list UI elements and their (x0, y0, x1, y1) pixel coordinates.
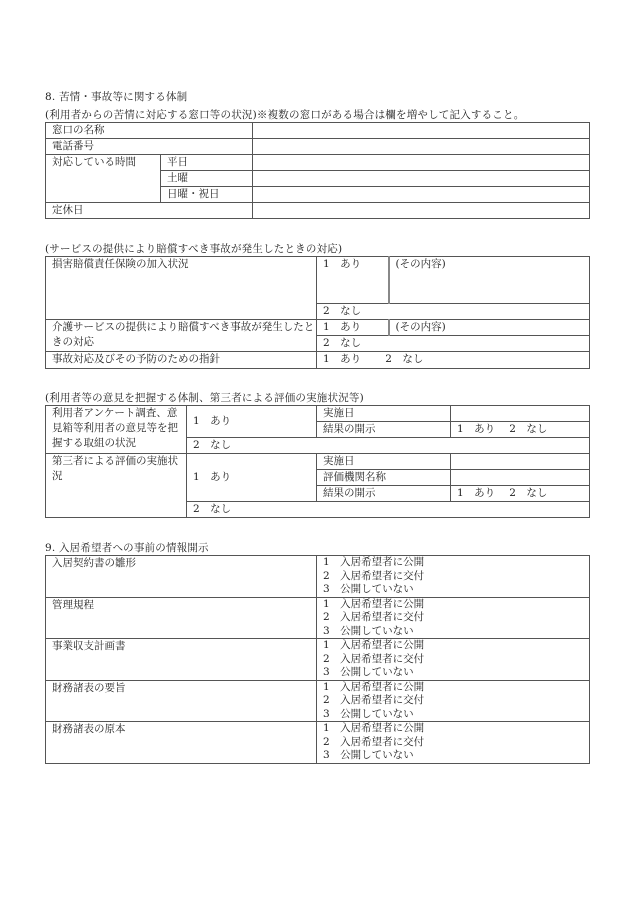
window-name-label: 窓口の名称 (46, 123, 253, 139)
policy-options[interactable]: 1 あり2 なし (317, 352, 590, 369)
option-delivered[interactable]: 2 入居希望者に交付 (323, 611, 589, 625)
care-accident-label: 介護サービスの提供により賠償すべき事故が発生したときの対応 (46, 320, 317, 352)
disclosure-row-options[interactable]: 1 入居希望者に公開 2 入居希望者に交付 3 公開していない (317, 680, 590, 722)
weekday-field[interactable] (253, 155, 590, 171)
disclosure-table: 入居契約書の雛形 1 入居希望者に公開 2 入居希望者に交付 3 公開していない… (45, 555, 590, 764)
insurance-label: 損害賠償責任保険の加入状況 (46, 257, 317, 320)
feedback-table: 利用者アンケート調査、意見箱等利用者の意見等を把握する取組の状況 1 あり 実施… (45, 405, 590, 518)
accidents-table: 損害賠償責任保険の加入状況 1 あり (その内容) 2 なし 介護サービスの提供… (45, 256, 590, 369)
saturday-field[interactable] (253, 171, 590, 187)
insurance-details-field[interactable]: (その内容) (389, 257, 590, 304)
third-party-label: 第三者による評価の実施状況 (46, 454, 187, 518)
option-public[interactable]: 1 入居希望者に公開 (323, 722, 589, 736)
option-not-public[interactable]: 3 公開していない (323, 583, 589, 597)
phone-field[interactable] (253, 139, 590, 155)
third-party-no-option[interactable]: 2 なし (187, 502, 590, 518)
third-party-date-label: 実施日 (317, 454, 451, 470)
disclosure-row-label: 管理規程 (46, 597, 317, 639)
disclosure-row-label: 財務諸表の要旨 (46, 680, 317, 722)
hours-label: 対応している時間 (46, 155, 161, 203)
weekday-label: 平日 (161, 155, 253, 171)
care-accident-yes-option[interactable]: 1 あり (317, 320, 389, 336)
accidents-caption: (サービスの提供により賠償すべき事故が発生したときの対応) (45, 241, 342, 256)
policy-yes-option[interactable]: 1 あり (323, 353, 361, 365)
phone-label: 電話番号 (46, 139, 253, 155)
third-party-disclosure-label: 結果の開示 (317, 486, 451, 502)
complaints-table: 窓口の名称 電話番号 対応している時間 平日 土曜 日曜・祝日 定休日 (45, 122, 590, 219)
option-not-public[interactable]: 3 公開していない (323, 749, 589, 763)
survey-yes-option[interactable]: 1 あり (187, 406, 317, 438)
option-delivered[interactable]: 2 入居希望者に交付 (323, 653, 589, 667)
third-party-yes-option[interactable]: 1 あり (187, 454, 317, 502)
saturday-label: 土曜 (161, 171, 253, 187)
disclosure-row-options[interactable]: 1 入居希望者に公開 2 入居希望者に交付 3 公開していない (317, 556, 590, 598)
window-name-field[interactable] (253, 123, 590, 139)
option-public[interactable]: 1 入居希望者に公開 (323, 598, 589, 612)
sunday-holiday-label: 日曜・祝日 (161, 187, 253, 203)
insurance-yes-option[interactable]: 1 あり (317, 257, 389, 304)
disclosure-row-label: 財務諸表の原本 (46, 722, 317, 764)
survey-disclosure-no[interactable]: 2 なし (509, 423, 547, 435)
survey-disclosure-options[interactable]: 1 あり2 なし (451, 422, 590, 438)
closed-days-label: 定休日 (46, 203, 253, 219)
disclosure-row-options[interactable]: 1 入居希望者に公開 2 入居希望者に交付 3 公開していない (317, 597, 590, 639)
survey-label: 利用者アンケート調査、意見箱等利用者の意見等を把握する取組の状況 (46, 406, 187, 454)
policy-label: 事故対応及びその予防のための指針 (46, 352, 317, 369)
option-not-public[interactable]: 3 公開していない (323, 708, 589, 722)
option-public[interactable]: 1 入居希望者に公開 (323, 639, 589, 653)
disclosure-row-options[interactable]: 1 入居希望者に公開 2 入居希望者に交付 3 公開していない (317, 722, 590, 764)
survey-disclosure-yes[interactable]: 1 あり (457, 423, 495, 435)
survey-disclosure-label: 結果の開示 (317, 422, 451, 438)
third-party-org-field[interactable] (451, 470, 590, 486)
closed-days-field[interactable] (253, 203, 590, 219)
sunday-holiday-field[interactable] (253, 187, 590, 203)
disclosure-row-label: 事業収支計画書 (46, 639, 317, 681)
option-not-public[interactable]: 3 公開していない (323, 625, 589, 639)
option-delivered[interactable]: 2 入居希望者に交付 (323, 736, 589, 750)
section-9-title: 9. 入居希望者への事前の情報開示 (45, 540, 209, 555)
option-delivered[interactable]: 2 入居希望者に交付 (323, 570, 589, 584)
third-party-org-label: 評価機関名称 (317, 470, 451, 486)
care-accident-no-option[interactable]: 2 なし (317, 336, 590, 352)
survey-date-label: 実施日 (317, 406, 451, 422)
option-public[interactable]: 1 入居希望者に公開 (323, 556, 589, 570)
disclosure-row-label: 入居契約書の雛形 (46, 556, 317, 598)
care-accident-details-field[interactable]: (その内容) (389, 320, 590, 336)
insurance-no-option[interactable]: 2 なし (317, 304, 590, 320)
option-public[interactable]: 1 入居希望者に公開 (323, 681, 589, 695)
disclosure-row-options[interactable]: 1 入居希望者に公開 2 入居希望者に交付 3 公開していない (317, 639, 590, 681)
third-party-disclosure-options[interactable]: 1 あり2 なし (451, 486, 590, 502)
survey-no-option[interactable]: 2 なし (187, 438, 590, 454)
section-8-title: 8. 苦情・事故等に関する体制 (45, 89, 187, 104)
policy-no-option[interactable]: 2 なし (385, 353, 423, 365)
option-delivered[interactable]: 2 入居希望者に交付 (323, 694, 589, 708)
option-not-public[interactable]: 3 公開していない (323, 666, 589, 680)
third-party-disclosure-yes[interactable]: 1 あり (457, 487, 495, 499)
survey-date-field[interactable] (451, 406, 590, 422)
complaints-caption: (利用者からの苦情に対応する窓口等の状況)※複数の窓口がある場合は欄を増やして記… (45, 107, 524, 122)
third-party-date-field[interactable] (451, 454, 590, 470)
third-party-disclosure-no[interactable]: 2 なし (509, 487, 547, 499)
feedback-caption: (利用者等の意見を把握する体制、第三者による評価の実施状況等) (45, 390, 364, 405)
